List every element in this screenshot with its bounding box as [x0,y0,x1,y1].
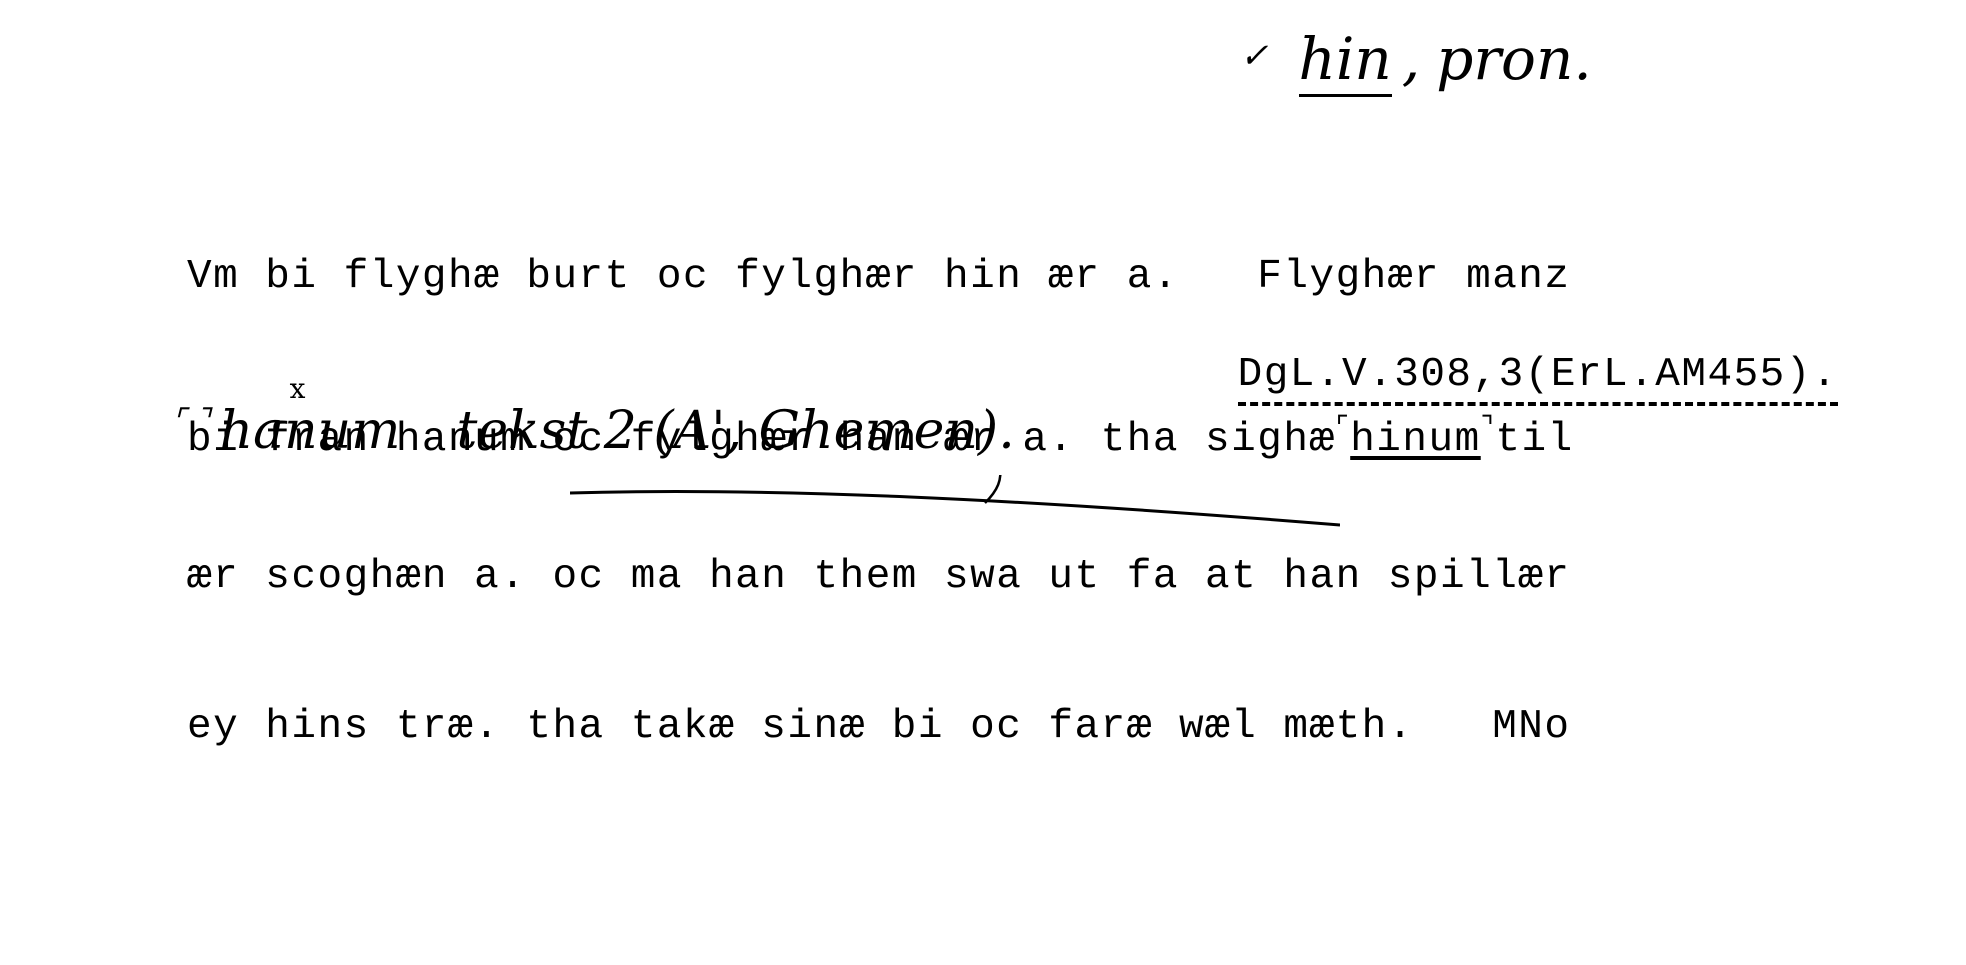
citation-line-text: ær scoghæn a. oc ma han them swa ut fa a… [187,554,1571,600]
citation-line-text: ey hins træ. tha takæ sinæ bi oc faræ wæ… [187,704,1571,750]
open-bracket-mark: ⌜ [1336,410,1351,443]
check-mark-icon: ✓ [1240,36,1269,76]
note-underline [570,475,1340,535]
headword-lemma: hin [1299,30,1392,97]
handwritten-note: ⌜ ⌝hanumxtekst 2 (A', Ghemen). [172,405,1015,457]
x-mark-icon: x [290,375,306,403]
citation-line-text: til [1495,417,1573,463]
variant-reading: hanumx [220,401,401,461]
citation-line: ær scoghæn a. oc ma han them swa ut fa a… [187,552,1867,602]
variant-word: hanum [220,401,401,461]
dictionary-slip: ✓hin,pron. Vm bi flyghæ burt oc fylghær … [0,0,1966,965]
note-text: tekst 2 (A', Ghemen). [456,401,1014,461]
marked-word: hinum [1350,417,1481,463]
citation-line: Vm bi flyghæ burt oc fylghær hin ær a. F… [187,252,1867,302]
citation-line: ey hins træ. tha takæ sinæ bi oc faræ wæ… [187,702,1867,752]
bracket-marks: ⌜ ⌝ [172,403,210,438]
close-bracket-mark: ⌝ [1481,410,1496,443]
headword-separator: , [1402,25,1420,93]
part-of-speech: pron. [1436,25,1592,93]
citation-line-text: Vm bi flyghæ burt oc fylghær hin ær a. F… [187,254,1571,300]
headword: ✓hin,pron. [1240,30,1592,97]
source-reference: DgL.V.308,3(ErL.AM455). [1238,350,1838,406]
